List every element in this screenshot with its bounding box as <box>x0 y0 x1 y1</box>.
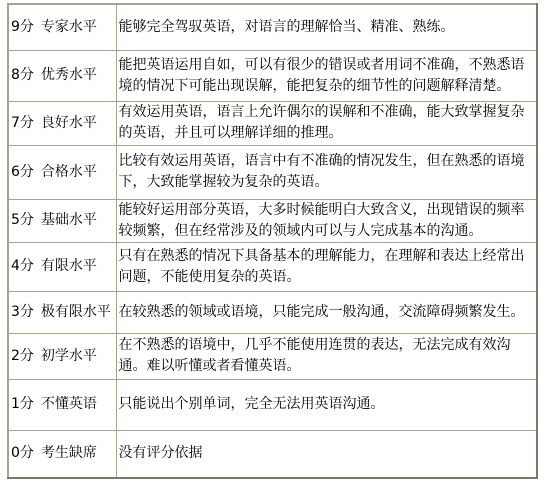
table-row: 6分合格水平 比较有效运用英语，语言中有不准确的情况发生，但在熟悉的语境下，大致… <box>8 145 537 199</box>
score-number: 5 <box>11 212 20 228</box>
level-name: 考生缺席 <box>41 445 97 461</box>
score-unit: 分 <box>20 396 34 412</box>
level-cell: 0分考生缺席 <box>8 430 116 478</box>
description-cell: 只有在熟悉的情况下具备基本的理解能力，在理解和表达上经常出问题，不能使用复杂的英… <box>116 242 537 291</box>
level-cell: 6分合格水平 <box>8 145 116 199</box>
level-cell: 8分优秀水平 <box>8 50 116 101</box>
level-name: 有限水平 <box>41 258 97 274</box>
description-cell: 在不熟悉的语境中，几乎不能使用连贯的表达，无法完成有效沟通。难以听懂或者看懂英语… <box>116 333 537 379</box>
level-name: 优秀水平 <box>41 67 97 83</box>
level-cell: 4分有限水平 <box>8 242 116 291</box>
level-cell: 9分专家水平 <box>8 4 116 50</box>
level-cell: 3分极有限水平 <box>8 291 116 333</box>
level-cell: 5分基础水平 <box>8 199 116 242</box>
score-unit: 分 <box>20 258 34 274</box>
score-unit: 分 <box>20 115 34 131</box>
level-name: 基础水平 <box>41 212 97 228</box>
score-number: 6 <box>11 164 20 180</box>
table-row: 1分不懂英语 只能说出个别单词，完全无法用英语沟通。 <box>8 379 537 430</box>
level-name: 初学水平 <box>41 348 97 364</box>
score-unit: 分 <box>20 348 34 364</box>
table-row: 5分基础水平 能较好运用部分英语，大多时候能明白大致含义，出现错误的频率较频繁，… <box>8 199 537 242</box>
score-unit: 分 <box>20 67 34 83</box>
score-number: 8 <box>11 67 20 83</box>
score-number: 0 <box>11 445 20 461</box>
description-cell: 在较熟悉的领域或语境，只能完成一般沟通，交流障碍频繁发生。 <box>116 291 537 333</box>
level-name: 良好水平 <box>41 115 97 131</box>
score-number: 4 <box>11 258 20 274</box>
description-cell: 比较有效运用英语，语言中有不准确的情况发生，但在熟悉的语境下，大致能掌握较为复杂… <box>116 145 537 199</box>
score-unit: 分 <box>20 212 34 228</box>
description-cell: 能较好运用部分英语，大多时候能明白大致含义，出现错误的频率较频繁，但在经常涉及的… <box>116 199 537 242</box>
table-row: 4分有限水平 只有在熟悉的情况下具备基本的理解能力，在理解和表达上经常出问题，不… <box>8 242 537 291</box>
score-number: 3 <box>11 304 20 320</box>
score-number: 1 <box>11 396 20 412</box>
level-name: 极有限水平 <box>41 304 111 320</box>
score-number: 9 <box>11 19 20 35</box>
score-unit: 分 <box>20 445 34 461</box>
level-cell: 1分不懂英语 <box>8 379 116 430</box>
description-cell: 有效运用英语，语言上允许偶尔的误解和不准确，能大致掌握复杂的英语，并且可以理解详… <box>116 101 537 145</box>
description-cell: 没有评分依据 <box>116 430 537 478</box>
table-row: 3分极有限水平 在较熟悉的领域或语境，只能完成一般沟通，交流障碍频繁发生。 <box>8 291 537 333</box>
description-cell: 能把英语运用自如，可以有很少的错误或者用词不准确，不熟悉语境的情况下可能出现误解… <box>116 50 537 101</box>
score-unit: 分 <box>20 164 34 180</box>
level-cell: 7分良好水平 <box>8 101 116 145</box>
score-band-table: 9分专家水平 能够完全驾驭英语，对语言的理解恰当、精准、熟练。 8分优秀水平 能… <box>7 3 538 479</box>
score-number: 7 <box>11 115 20 131</box>
level-name: 不懂英语 <box>41 396 97 412</box>
level-name: 合格水平 <box>41 164 97 180</box>
score-unit: 分 <box>20 304 34 320</box>
table-row: 7分良好水平 有效运用英语，语言上允许偶尔的误解和不准确，能大致掌握复杂的英语，… <box>8 101 537 145</box>
table-row: 2分初学水平 在不熟悉的语境中，几乎不能使用连贯的表达，无法完成有效沟通。难以听… <box>8 333 537 379</box>
table-row: 9分专家水平 能够完全驾驭英语，对语言的理解恰当、精准、熟练。 <box>8 4 537 50</box>
level-name: 专家水平 <box>41 19 97 35</box>
table-row: 0分考生缺席 没有评分依据 <box>8 430 537 478</box>
score-number: 2 <box>11 348 20 364</box>
score-unit: 分 <box>20 19 34 35</box>
description-cell: 能够完全驾驭英语，对语言的理解恰当、精准、熟练。 <box>116 4 537 50</box>
level-cell: 2分初学水平 <box>8 333 116 379</box>
table-row: 8分优秀水平 能把英语运用自如，可以有很少的错误或者用词不准确，不熟悉语境的情况… <box>8 50 537 101</box>
description-cell: 只能说出个别单词，完全无法用英语沟通。 <box>116 379 537 430</box>
